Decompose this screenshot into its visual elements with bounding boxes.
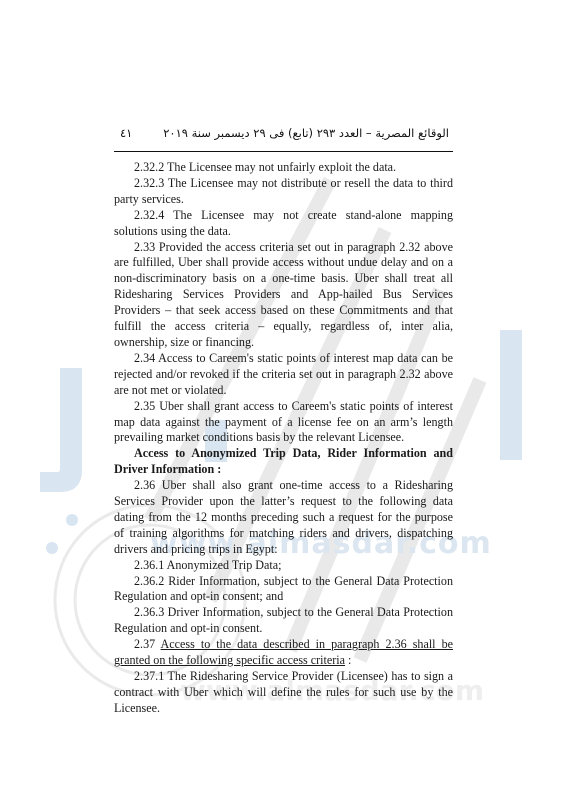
document-body: 2.32.2 The Licensee may not unfairly exp…	[114, 160, 453, 717]
clause-2-36: 2.36 Uber shall also grant one-time acce…	[114, 478, 453, 558]
clause-2-37-number: 2.37	[134, 637, 161, 651]
page-number: ٤١	[120, 126, 132, 140]
clause-2-32-4: 2.32.4 The Licensee may not create stand…	[114, 208, 453, 240]
clause-2-36-2: 2.36.2 Rider Information, subject to the…	[114, 574, 453, 606]
clause-2-32-3: 2.32.3 The Licensee may not distribute o…	[114, 176, 453, 208]
clause-2-34: 2.34 Access to Careem's static points of…	[114, 351, 453, 399]
gazette-issue-title: الوقائع المصرية – العدد ٢٩٣ (تابع) فى ٢٩…	[163, 126, 449, 140]
section-heading: Access to Anonymized Trip Data, Rider In…	[114, 446, 453, 478]
clause-2-36-1: 2.36.1 Anonymized Trip Data;	[114, 558, 453, 574]
clause-2-36-3: 2.36.3 Driver Information, subject to th…	[114, 605, 453, 637]
header-rule	[114, 151, 453, 152]
clause-2-35: 2.35 Uber shall grant access to Careem's…	[114, 399, 453, 447]
clause-2-37: 2.37 Access to the data described in par…	[114, 637, 453, 669]
clause-2-37-suffix: :	[345, 653, 351, 667]
clause-2-37-1: 2.37.1 The Ridesharing Service Provider …	[114, 669, 453, 717]
clause-2-37-underlined-text: Access to the data described in paragrap…	[114, 637, 453, 667]
running-head: ٤١ الوقائع المصرية – العدد ٢٩٣ (تابع) فى…	[114, 124, 453, 144]
clause-2-33: 2.33 Provided the access criteria set ou…	[114, 240, 453, 351]
clause-2-32-2: 2.32.2 The Licensee may not unfairly exp…	[114, 160, 453, 176]
